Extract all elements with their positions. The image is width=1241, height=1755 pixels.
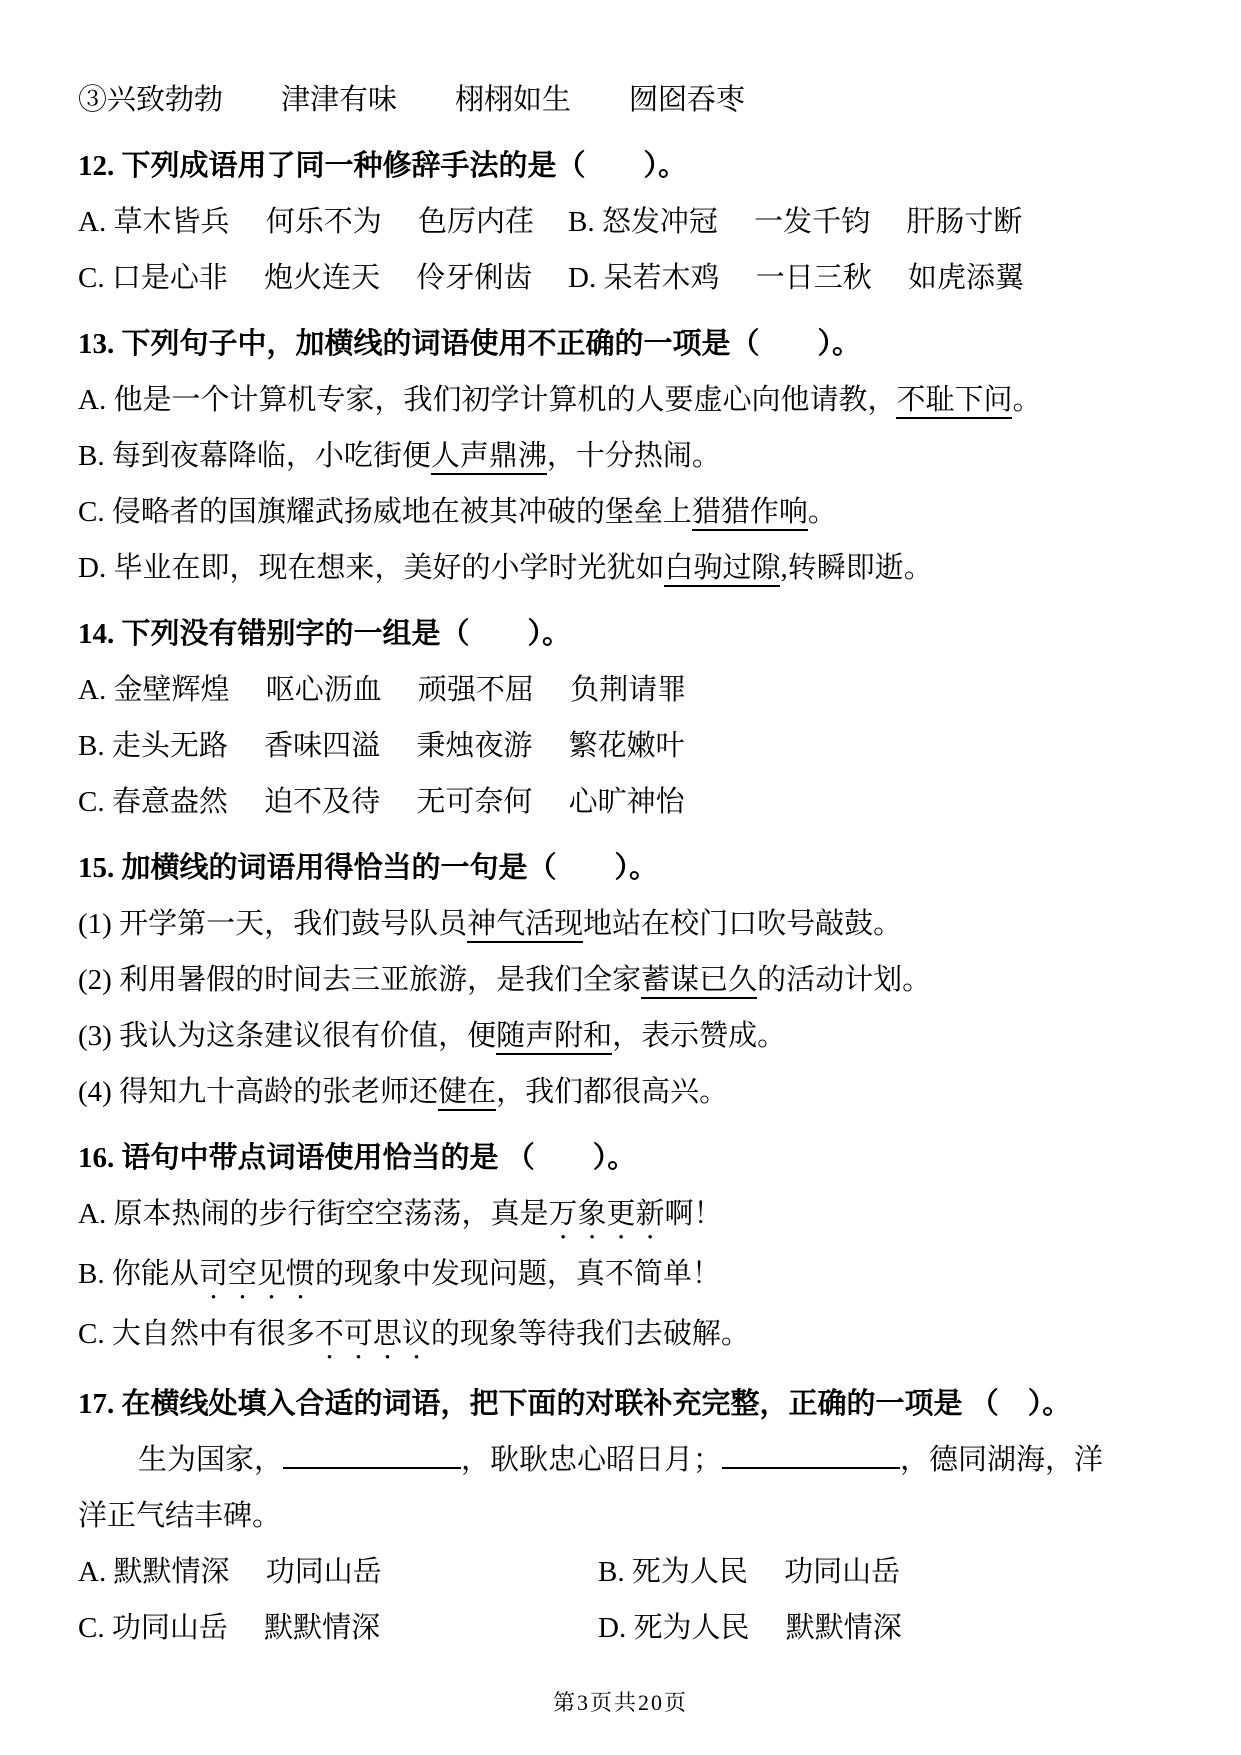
question-13-title: 13. 下列句子中，加横线的词语使用不正确的一项是（ ）。 <box>78 316 1171 372</box>
sentence-text: (3) 我认为这条建议很有价值，便 <box>78 1020 496 1052</box>
underlined-phrase: 随声附和 <box>496 1020 612 1055</box>
q16-option-c: C. 大自然中有很多不可思议的现象等待我们去破解。 <box>78 1306 1171 1366</box>
sentence-text: A. 原本热闹的步行街空空荡荡，真是 <box>78 1198 548 1230</box>
q15-item-3: (3) 我认为这条建议很有价值，便随声附和，表示赞成。 <box>78 1008 1171 1064</box>
dotted-phrase: 万象更新 <box>548 1198 664 1230</box>
idiom-group-3: ③兴致勃勃 津津有味 栩栩如生 囫囵吞枣 <box>78 72 1171 128</box>
sentence-text: 的活动计划。 <box>757 964 931 996</box>
q17-options-row-1: A. 默默情深 功同山岳 B. 死为人民 功同山岳 <box>78 1544 1171 1600</box>
blank-line <box>722 1442 900 1469</box>
sentence-text: C. 侵略者的国旗耀武扬威地在被其冲破的堡垒上 <box>78 496 692 528</box>
q14-option-a: A. 金壁辉煌 呕心沥血 顽强不屈 负荆请罪 <box>78 662 1171 718</box>
sentence-text: ，十分热闹。 <box>547 440 721 472</box>
q12-option-b: B. 怒发冲冠 一发千钧 肝肠寸断 <box>568 194 1022 250</box>
dotted-phrase: 不可思议 <box>315 1318 431 1350</box>
sentence-text: ，我们都很高兴。 <box>496 1076 728 1108</box>
q12-option-c: C. 口是心非 炮火连天 伶牙俐齿 <box>78 250 568 306</box>
q17-couplet-line-2: 洋正气结丰碑。 <box>78 1488 1171 1544</box>
sentence-text: 啊！ <box>664 1198 722 1230</box>
q13-option-a: A. 他是一个计算机专家，我们初学计算机的人要虚心向他请教，不耻下问。 <box>78 372 1171 428</box>
sentence-text: B. 你能从 <box>78 1258 199 1290</box>
sentence-text: ，表示赞成。 <box>612 1020 786 1052</box>
q16-option-b: B. 你能从司空见惯的现象中发现问题，真不简单！ <box>78 1246 1171 1306</box>
sentence-text: 。 <box>808 496 837 528</box>
couplet-text: ，耿耿忠心昭日月； <box>461 1444 722 1476</box>
sentence-text: D. 毕业在即，现在想来，美好的小学时光犹如 <box>78 552 664 584</box>
q17-option-a: A. 默默情深 功同山岳 <box>78 1544 598 1600</box>
underlined-phrase: 人声鼎沸 <box>431 440 547 475</box>
dotted-phrase: 司空见惯 <box>199 1258 315 1290</box>
underlined-phrase: 神气活现 <box>467 908 583 943</box>
sentence-text: 地站在校门口吹号敲鼓。 <box>583 908 902 940</box>
question-14-title: 14. 下列没有错别字的一组是（ ）。 <box>78 606 1171 662</box>
underlined-phrase: 健在 <box>438 1076 496 1111</box>
blank-line <box>283 1442 461 1469</box>
q15-item-1: (1) 开学第一天，我们鼓号队员神气活现地站在校门口吹号敲鼓。 <box>78 896 1171 952</box>
q17-options-row-2: C. 功同山岳 默默情深 D. 死为人民 默默情深 <box>78 1600 1171 1656</box>
q12-option-a: A. 草木皆兵 何乐不为 色厉内荏 <box>78 194 568 250</box>
underlined-phrase: 白驹过隙 <box>664 552 780 587</box>
q14-option-c: C. 春意盎然 迫不及待 无可奈何 心旷神怡 <box>78 774 1171 830</box>
q15-item-2: (2) 利用暑假的时间去三亚旅游，是我们全家蓄谋已久的活动计划。 <box>78 952 1171 1008</box>
q13-option-c: C. 侵略者的国旗耀武扬威地在被其冲破的堡垒上猎猎作响。 <box>78 484 1171 540</box>
q15-item-4: (4) 得知九十高龄的张老师还健在，我们都很高兴。 <box>78 1064 1171 1120</box>
sentence-text: (4) 得知九十高龄的张老师还 <box>78 1076 438 1108</box>
question-16-title: 16. 语句中带点词语使用恰当的是 （ ）。 <box>78 1130 1171 1186</box>
question-12-title: 12. 下列成语用了同一种修辞手法的是（ ）。 <box>78 138 1171 194</box>
q16-option-a: A. 原本热闹的步行街空空荡荡，真是万象更新啊！ <box>78 1186 1171 1246</box>
sentence-text: 的现象等待我们去破解。 <box>431 1318 750 1350</box>
sentence-text: 的现象中发现问题，真不简单！ <box>315 1258 721 1290</box>
question-15-title: 15. 加横线的词语用得恰当的一句是（ ）。 <box>78 840 1171 896</box>
sentence-text: B. 每到夜幕降临，小吃街便 <box>78 440 431 472</box>
underlined-phrase: 不耻下问 <box>896 384 1012 419</box>
q17-option-c: C. 功同山岳 默默情深 <box>78 1600 598 1656</box>
q17-option-d: D. 死为人民 默默情深 <box>598 1600 902 1656</box>
sentence-text: (1) 开学第一天，我们鼓号队员 <box>78 908 467 940</box>
question-17-title: 17. 在横线处填入合适的词语，把下面的对联补充完整，正确的一项是 （ ）。 <box>78 1376 1171 1432</box>
q12-options-row-2: C. 口是心非 炮火连天 伶牙俐齿 D. 呆若木鸡 一日三秋 如虎添翼 <box>78 250 1171 306</box>
sentence-text: ,转瞬即逝。 <box>780 552 932 584</box>
couplet-text: 生为国家， <box>138 1444 283 1476</box>
q12-option-d: D. 呆若木鸡 一日三秋 如虎添翼 <box>568 250 1024 306</box>
couplet-text: ，德同湖海，洋 <box>900 1444 1103 1476</box>
sentence-text: 。 <box>1012 384 1041 416</box>
sentence-text: C. 大自然中有很多 <box>78 1318 315 1350</box>
q13-option-b: B. 每到夜幕降临，小吃街便人声鼎沸，十分热闹。 <box>78 428 1171 484</box>
underlined-phrase: 猎猎作响 <box>692 496 808 531</box>
q17-couplet-line-1: 生为国家，，耿耿忠心昭日月；，德同湖海，洋 <box>78 1432 1171 1488</box>
q17-option-b: B. 死为人民 功同山岳 <box>598 1544 900 1600</box>
q13-option-d: D. 毕业在即，现在想来，美好的小学时光犹如白驹过隙,转瞬即逝。 <box>78 540 1171 596</box>
q14-option-b: B. 走头无路 香味四溢 秉烛夜游 繁花嫩叶 <box>78 718 1171 774</box>
sentence-text: A. 他是一个计算机专家，我们初学计算机的人要虚心向他请教， <box>78 384 896 416</box>
page-footer: 第3页共20页 <box>0 1686 1241 1717</box>
exam-page: ③兴致勃勃 津津有味 栩栩如生 囫囵吞枣 12. 下列成语用了同一种修辞手法的是… <box>0 0 1241 1755</box>
underlined-phrase: 蓄谋已久 <box>641 964 757 999</box>
sentence-text: (2) 利用暑假的时间去三亚旅游，是我们全家 <box>78 964 641 996</box>
q12-options-row-1: A. 草木皆兵 何乐不为 色厉内荏 B. 怒发冲冠 一发千钧 肝肠寸断 <box>78 194 1171 250</box>
